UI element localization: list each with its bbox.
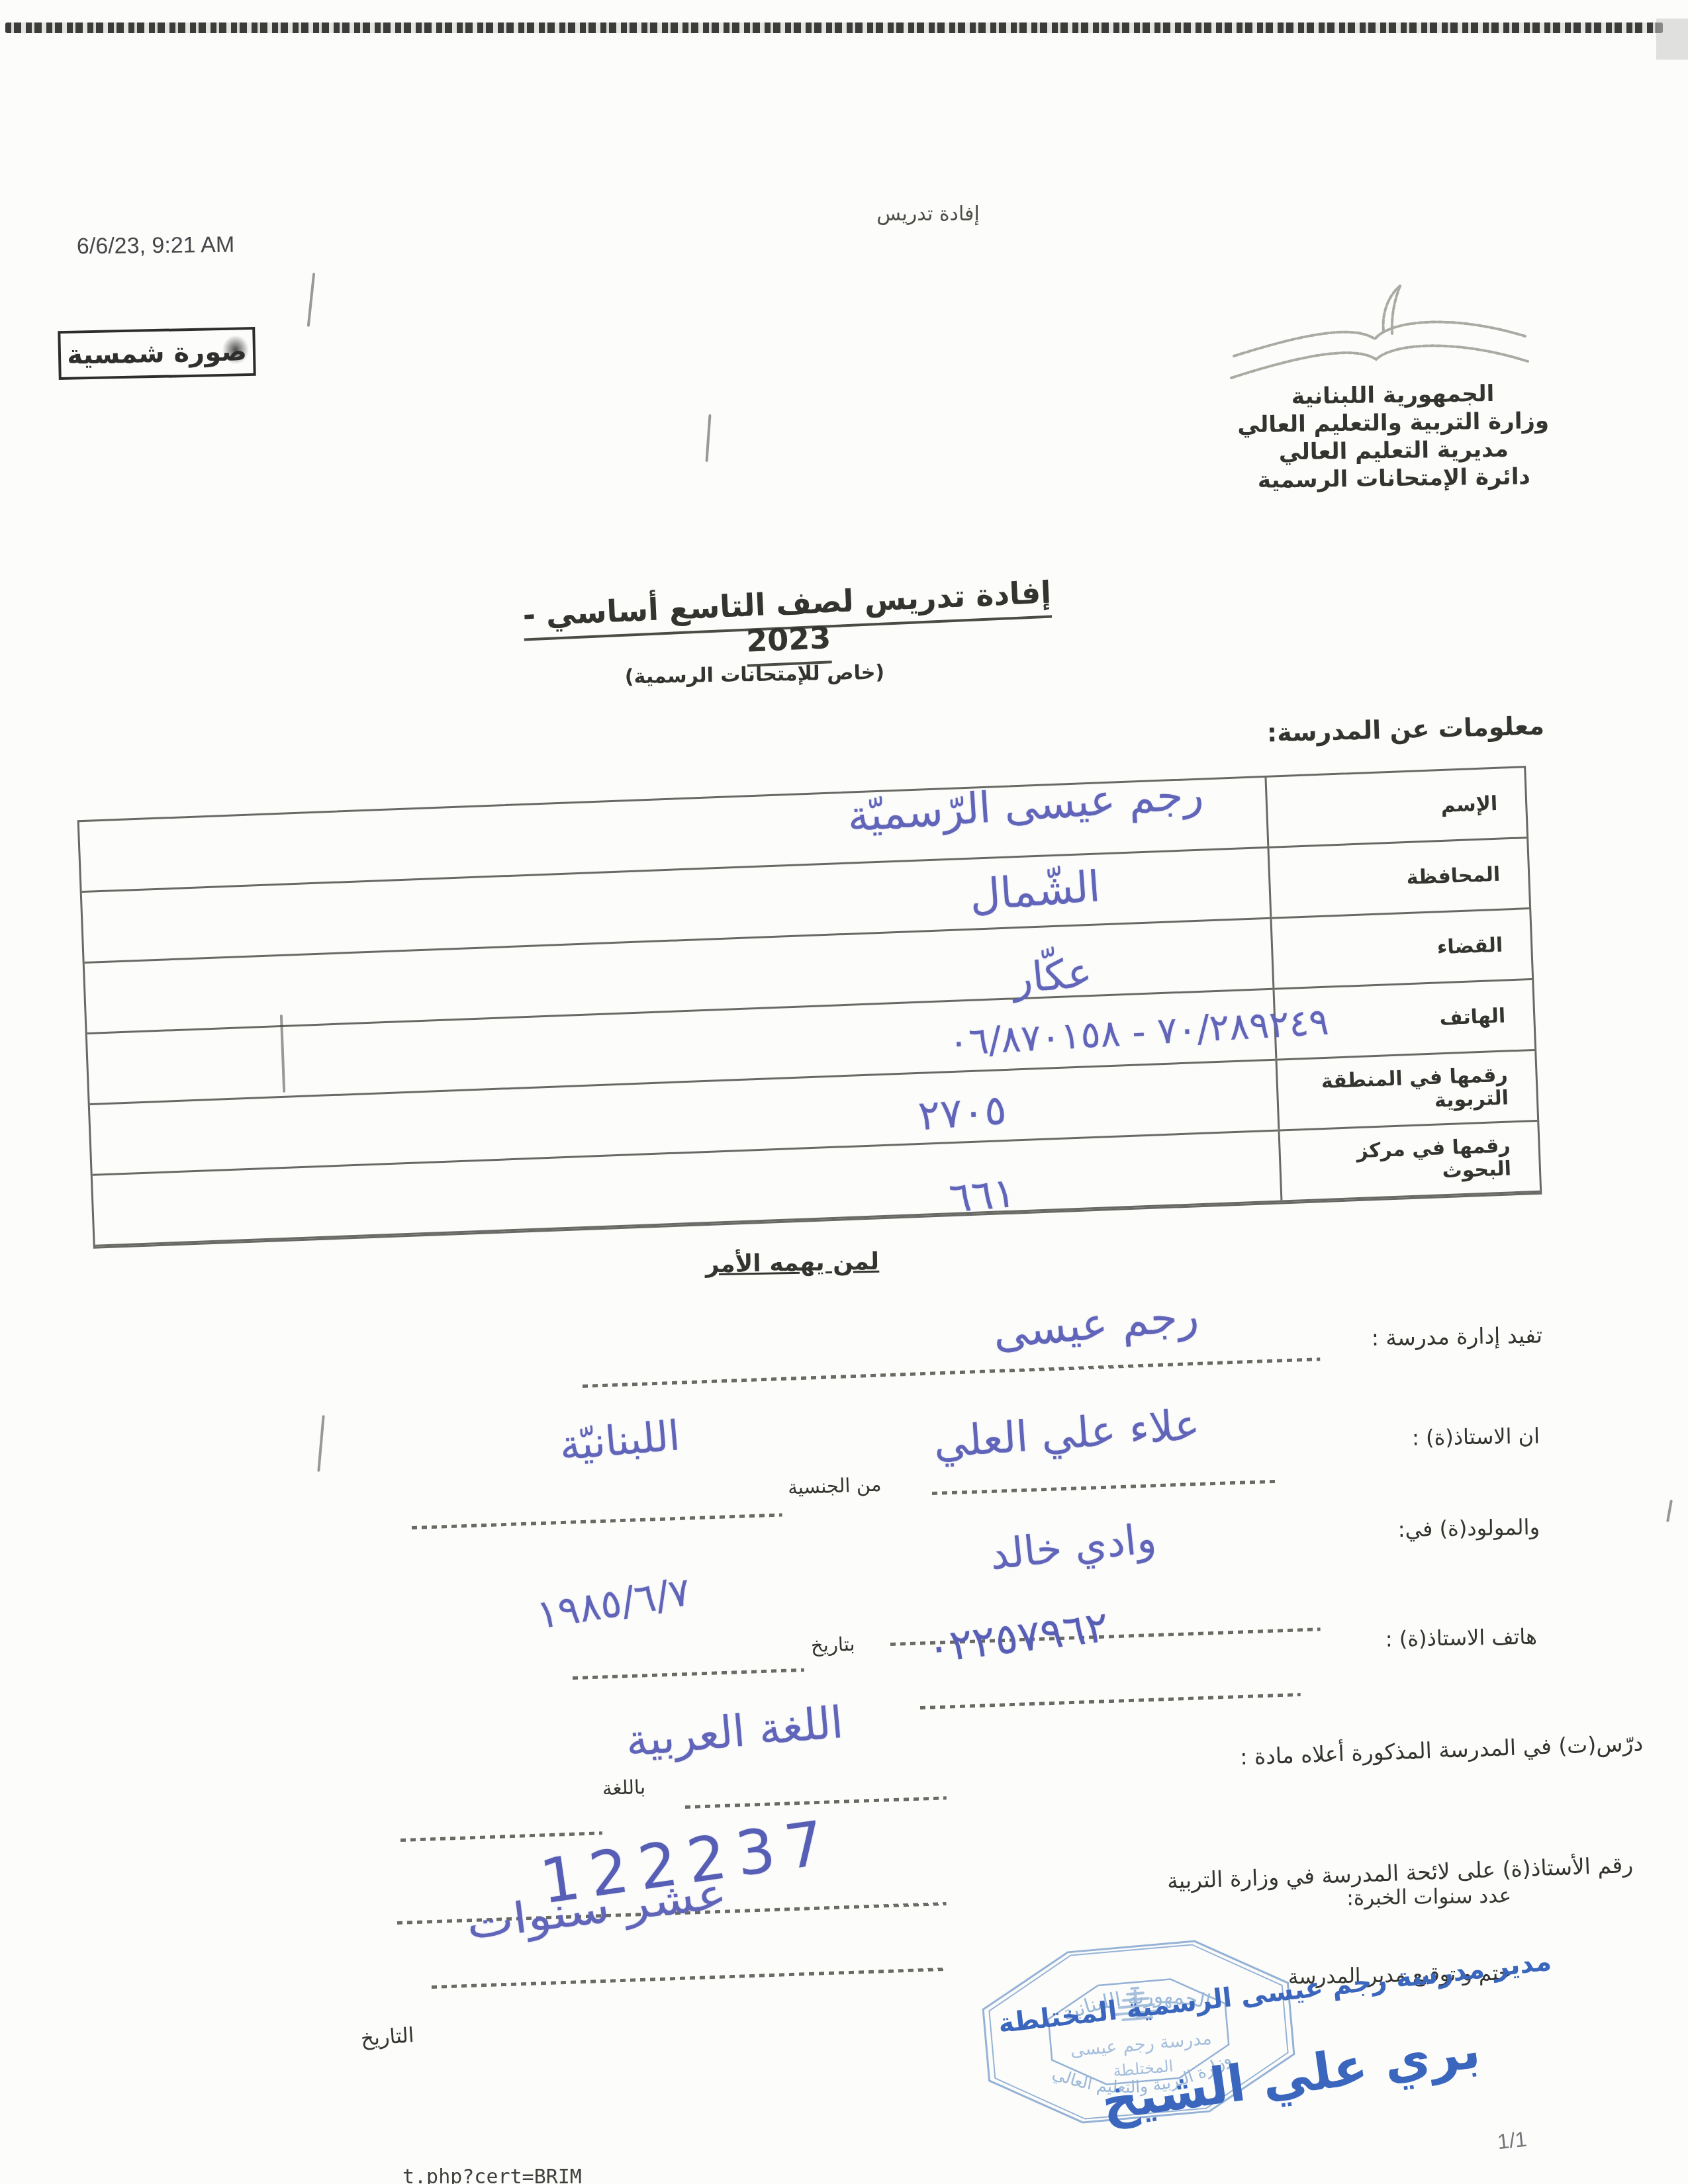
ministry-header-line3: مديرية التعليم العالي <box>1221 434 1566 467</box>
zone-number-value: ٢٧٠٥ <box>917 1085 1008 1140</box>
subject-label: درّس(ت) في المدرسة المذكورة أعلاه مادة : <box>1080 1730 1644 1776</box>
dotted-line <box>685 1796 947 1809</box>
doc-title-text: إفادة تدريس لصف التاسع أساسي - 2023 <box>522 574 1053 667</box>
birthplace-value: وادي خالد <box>988 1514 1158 1579</box>
ministry-header-line1: الجمهورية اللبنانية <box>1221 379 1566 411</box>
school-admin-value: رجم عيسى <box>991 1290 1200 1359</box>
ministry-logo <box>1230 283 1531 386</box>
teacher-label: ان الاستاذ(ة) : <box>1407 1423 1540 1450</box>
scan-artifact-mark <box>1666 1500 1673 1522</box>
school-info-table: الإسم المحافظة القضاء الهاتف رقمها في ال… <box>77 766 1542 1249</box>
governorate-value: الشّمال <box>968 862 1102 921</box>
research-number-value: ٦٦١ <box>947 1168 1017 1222</box>
scan-artifact-mark <box>307 273 316 327</box>
dotted-line <box>573 1668 804 1680</box>
district-value: عكّار <box>1010 948 1094 1003</box>
nationality-value: اللبنانيّة <box>557 1411 682 1470</box>
teacher-phone-label: هاتف الاستاذ(ة) : <box>1358 1624 1538 1653</box>
ministry-header: الجمهورية اللبنانية وزارة التربية والتعل… <box>1221 379 1566 494</box>
photo-box: صورة شمسية <box>58 327 256 380</box>
photo-box-label: صورة شمسية <box>67 336 248 371</box>
page-indicator: 1/1 <box>1496 2127 1528 2154</box>
certify-heading: لمن يهمه الأمر <box>703 1248 882 1279</box>
district-label: القضاء <box>1270 909 1532 988</box>
print-timestamp: 6/6/23, 9:21 AM <box>77 232 235 259</box>
teacher-name-value: علاء علي العلي <box>932 1400 1201 1468</box>
dotted-line <box>412 1513 782 1529</box>
teacher-phone-value: ٠٢٢٥٧٩٦٢ <box>925 1603 1111 1674</box>
ministry-header-line2: وزارة التربية والتعليم العالي <box>1221 406 1566 439</box>
footer-url: t.php?cert=BRIM <box>402 2165 582 2184</box>
nationality-label: من الجنسية <box>787 1473 881 1499</box>
scan-artifact-mark <box>705 414 711 462</box>
dotted-line <box>432 1968 945 1989</box>
ministry-header-line4: دائرة الإمتحانات الرسمية <box>1222 462 1567 494</box>
birthdate-value: ١٩٨٥/٦/٧ <box>534 1569 694 1639</box>
seal-center-line1: مدرسة رجم عيسى <box>1070 2028 1213 2061</box>
scan-artifact-strip <box>5 23 1663 33</box>
dotted-line <box>400 1831 602 1842</box>
dotted-line <box>932 1480 1280 1495</box>
school-name-label: الإسم <box>1264 768 1526 846</box>
doc-title: إفادة تدريس لصف التاسع أساسي - 2023 <box>489 572 1087 670</box>
date-label: التاريخ <box>360 2023 415 2051</box>
language-label: باللغة <box>602 1776 645 1799</box>
experience-label: عدد سنوات الخبرة: <box>1376 1884 1512 1910</box>
research-number-label: رقمها في مركز البحوث <box>1278 1122 1540 1201</box>
scan-artifact-mark <box>317 1415 324 1472</box>
scanned-document-page: إفادة تدريس 6/6/23, 9:21 AM صورة شمسية ا… <box>0 0 1688 2184</box>
print-doc-title: إفادة تدريس <box>855 203 1001 226</box>
birthplace-label: والمولود(ة) في: <box>1401 1514 1540 1542</box>
scan-artifact-corner <box>1656 19 1688 60</box>
zone-number-label: رقمها في المنطقة التربوية <box>1276 1051 1538 1130</box>
birthdate-label: بتاريخ <box>810 1633 855 1657</box>
governorate-label: المحافظة <box>1267 839 1529 917</box>
subject-value: اللغة العربية <box>624 1697 845 1766</box>
school-info-heading: معلومات عن المدرسة: <box>1262 711 1544 747</box>
dotted-line <box>583 1357 1320 1388</box>
school-admin-label: تفيد إدارة مدرسة : <box>1360 1322 1543 1351</box>
dotted-line <box>920 1693 1301 1709</box>
